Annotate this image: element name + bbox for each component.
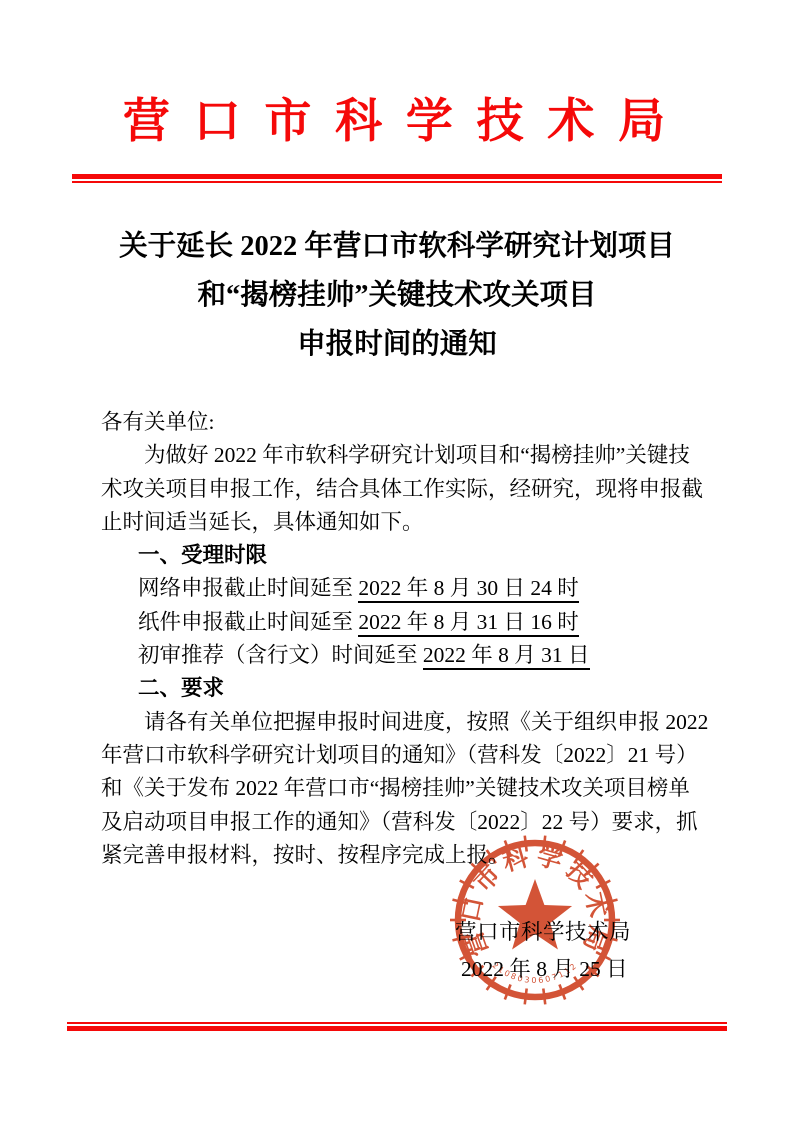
intro-line: 为做好 2022 年市软科学研究计划项目和“揭榜挂帅”关键技 bbox=[101, 439, 705, 472]
deadline-line: 网络申报截止时间延至 2022 年 8 月 30 日 24 时 bbox=[101, 572, 705, 605]
notice-body: 各有关单位: 为做好 2022 年市软科学研究计划项目和“揭榜挂帅”关键技术攻关… bbox=[101, 406, 705, 872]
section2-heading: 二、要求 bbox=[101, 672, 705, 705]
deadline-value-underlined: 2022 年 8 月 31 日 bbox=[423, 643, 590, 670]
intro-line: 术攻关项目申报工作，结合具体工作实际，经研究，现将申报截 bbox=[101, 473, 705, 506]
footer-divider bbox=[67, 1022, 727, 1031]
masthead-divider-thick-line bbox=[72, 174, 722, 179]
deadline-label: 纸件申报截止时间延至 bbox=[138, 610, 358, 634]
deadline-label: 初审推荐（含行文）时间延至 bbox=[138, 643, 423, 667]
intro-paragraph: 为做好 2022 年市软科学研究计划项目和“揭榜挂帅”关键技术攻关项目申报工作，… bbox=[101, 439, 705, 539]
masthead-divider-thin-line bbox=[72, 181, 722, 183]
deadline-line: 初审推荐（含行文）时间延至 2022 年 8 月 31 日 bbox=[101, 639, 705, 672]
deadline-value-underlined: 2022 年 8 月 30 日 24 时 bbox=[358, 576, 578, 603]
official-seal-stamp: 营口市科学技术局 2108030607112 bbox=[445, 830, 625, 1010]
deadline-list: 网络申报截止时间延至 2022 年 8 月 30 日 24 时纸件申报截止时间延… bbox=[101, 572, 705, 672]
deadline-value-underlined: 2022 年 8 月 31 日 16 时 bbox=[358, 610, 578, 637]
deadline-line: 纸件申报截止时间延至 2022 年 8 月 31 日 16 时 bbox=[101, 606, 705, 639]
section1-heading: 一、受理时限 bbox=[101, 539, 705, 572]
requirement-line: 请各有关单位把握申报时间进度，按照《关于组织申报 2022 bbox=[101, 706, 705, 739]
notice-title: 关于延长 2022 年营口市软科学研究计划项目和“揭榜挂帅”关键技术攻关项目申报… bbox=[0, 230, 794, 376]
requirement-line: 和《关于发布 2022 年营口市“揭榜挂帅”关键技术攻关项目榜单 bbox=[101, 772, 705, 805]
deadline-label: 网络申报截止时间延至 bbox=[138, 576, 358, 600]
notice-title-line: 和“揭榜挂帅”关键技术攻关项目 bbox=[0, 279, 794, 328]
footer-divider-thick-line bbox=[67, 1026, 727, 1031]
salutation: 各有关单位: bbox=[101, 406, 705, 439]
notice-title-line: 关于延长 2022 年营口市软科学研究计划项目 bbox=[0, 230, 794, 279]
notice-title-line: 申报时间的通知 bbox=[0, 328, 794, 377]
document-page: 营 口 市 科 学 技 术 局 关于延长 2022 年营口市软科学研究计划项目和… bbox=[0, 0, 794, 1123]
intro-line: 止时间适当延长，具体通知如下。 bbox=[101, 506, 705, 539]
masthead-divider bbox=[72, 174, 722, 183]
seal-star-icon bbox=[498, 879, 572, 950]
requirement-line: 年营口市软科学研究计划项目的通知》（营科发〔2022〕21 号） bbox=[101, 739, 705, 772]
seal-tick-mark bbox=[525, 989, 527, 1005]
issuing-agency-masthead: 营 口 市 科 学 技 术 局 bbox=[0, 84, 794, 151]
seal-tick-mark bbox=[543, 989, 545, 1005]
seal-code: 2108030607112 bbox=[490, 961, 579, 985]
footer-divider-thin-line bbox=[67, 1022, 727, 1024]
